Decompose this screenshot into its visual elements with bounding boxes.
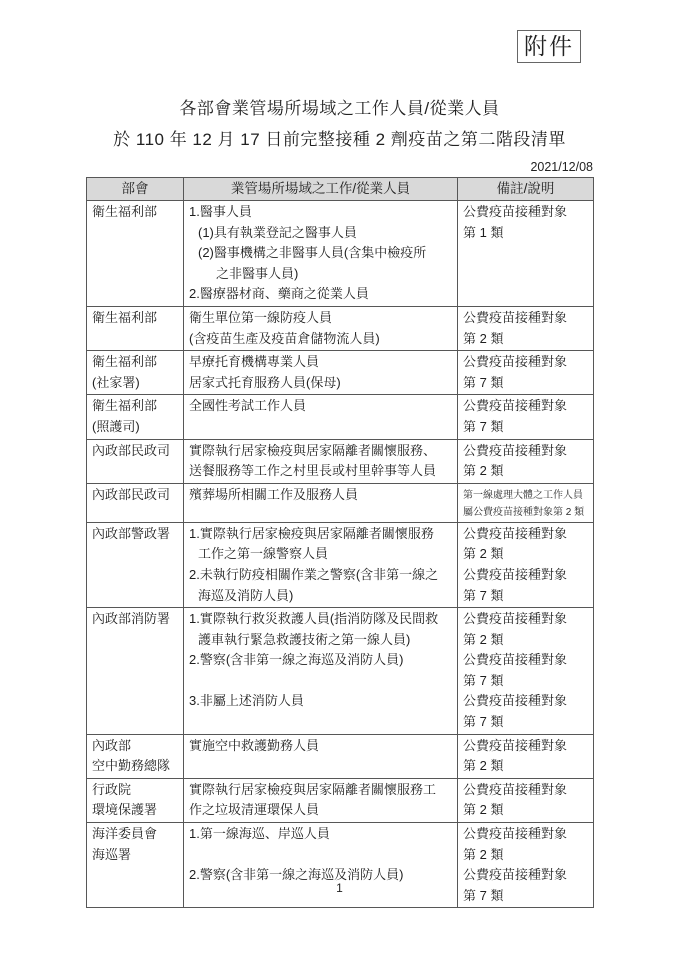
- cell-line: 衛生單位第一線防疫人員: [189, 308, 455, 329]
- ministry-cell: 內政部空中勤務總隊: [87, 734, 184, 778]
- cell-line: 海洋委員會: [92, 824, 181, 845]
- table-row: 衛生福利部衛生單位第一線防疫人員(含疫苗生產及疫苗倉儲物流人員)公費疫苗接種對象…: [87, 306, 594, 350]
- cell-line: 之非醫事人員): [189, 264, 455, 285]
- cell-line: 海巡署: [92, 845, 181, 866]
- workers-cell: 1.醫事人員(1)具有執業登記之醫事人員(2)醫事機構之非醫事人員(含集中檢疫所…: [184, 201, 458, 307]
- cell-line: 1.實際執行救災救護人員(指消防隊及民間救: [189, 609, 455, 630]
- cell-line: 第 7 類: [463, 417, 591, 438]
- remarks-cell: 公費疫苗接種對象第 2 類: [458, 734, 594, 778]
- page-number: 1: [0, 881, 679, 895]
- ministry-cell: 衛生福利部(社家署): [87, 351, 184, 395]
- remarks-cell: 公費疫苗接種對象第 7 類: [458, 351, 594, 395]
- ministry-cell: 衛生福利部: [87, 201, 184, 307]
- cell-line: 第一線處理大體之工作人員: [463, 487, 591, 504]
- ministry-cell: 內政部警政署: [87, 522, 184, 607]
- cell-line: 居家式托育服務人員(保母): [189, 373, 455, 394]
- workers-cell: 全國性考試工作人員: [184, 395, 458, 439]
- cell-line: 內政部警政署: [92, 524, 181, 545]
- cell-line: 內政部消防署: [92, 609, 181, 630]
- cell-line: 第 2 類: [463, 630, 591, 651]
- cell-line: 實際執行居家檢疫與居家隔離者關懷服務、: [189, 441, 455, 462]
- workers-cell: 1.實際執行救災救護人員(指消防隊及民間救護車執行緊急救護技術之第一線人員)2.…: [184, 608, 458, 735]
- cell-line: (含疫苗生產及疫苗倉儲物流人員): [189, 329, 455, 350]
- cell-line: 海巡及消防人員): [189, 586, 455, 607]
- cell-line: 殯葬場所相關工作及服務人員: [189, 485, 455, 506]
- cell-line: 公費疫苗接種對象: [463, 524, 591, 545]
- cell-line: 3.非屬上述消防人員: [189, 691, 455, 712]
- document-title-line2: 於 110 年 12 月 17 日前完整接種 2 劑疫苗之第二階段清單: [0, 124, 679, 155]
- col-header-remarks: 備註/說明: [458, 178, 594, 201]
- ministry-cell: 衛生福利部(照護司): [87, 395, 184, 439]
- cell-line: 2.醫療器材商、藥商之從業人員: [189, 284, 455, 305]
- cell-line: 1.醫事人員: [189, 202, 455, 223]
- cell-line: 第 7 類: [463, 671, 591, 692]
- attachment-label: 附件: [517, 30, 581, 63]
- cell-line: 公費疫苗接種對象: [463, 308, 591, 329]
- cell-line: 公費疫苗接種對象: [463, 396, 591, 417]
- cell-line: 公費疫苗接種對象: [463, 609, 591, 630]
- cell-line: 公費疫苗接種對象: [463, 780, 591, 801]
- workers-cell: 實施空中救護勤務人員: [184, 734, 458, 778]
- table-row: 衛生福利部(社家署)早療托育機構專業人員居家式托育服務人員(保母)公費疫苗接種對…: [87, 351, 594, 395]
- cell-line: 第 1 類: [463, 223, 591, 244]
- cell-line: 第 2 類: [463, 461, 591, 482]
- cell-line: 公費疫苗接種對象: [463, 441, 591, 462]
- cell-line: 公費疫苗接種對象: [463, 565, 591, 586]
- cell-line: 第 2 類: [463, 845, 591, 866]
- col-header-ministry: 部會: [87, 178, 184, 201]
- remarks-cell: 公費疫苗接種對象第 2 類: [458, 778, 594, 822]
- cell-line: 第 2 類: [463, 544, 591, 565]
- remarks-cell: 公費疫苗接種對象第 1 類: [458, 201, 594, 307]
- cell-line: (2)醫事機構之非醫事人員(含集中檢疫所: [189, 243, 455, 264]
- cell-line: 工作之第一線警察人員: [189, 544, 455, 565]
- remarks-cell: 公費疫苗接種對象第 2 類: [458, 439, 594, 483]
- cell-line: 公費疫苗接種對象: [463, 691, 591, 712]
- cell-line: (社家署): [92, 373, 181, 394]
- cell-line: 衛生福利部: [92, 352, 181, 373]
- cell-line: 1.實際執行居家檢疫與居家隔離者關懷服務: [189, 524, 455, 545]
- table-row: 行政院環境保護署實際執行居家檢疫與居家隔離者關懷服務工作之垃圾清運環保人員公費疫…: [87, 778, 594, 822]
- cell-line: 實際執行居家檢疫與居家隔離者關懷服務工: [189, 780, 455, 801]
- document-page: 附件 各部會業管場所場域之工作人員/從業人員 於 110 年 12 月 17 日…: [0, 0, 679, 960]
- ministry-cell: 內政部民政司: [87, 483, 184, 522]
- document-date: 2021/12/08: [86, 159, 593, 175]
- cell-line: 1.第一線海巡、岸巡人員: [189, 824, 455, 845]
- ministry-cell: 衛生福利部: [87, 306, 184, 350]
- table-row: 內政部民政司實際執行居家檢疫與居家隔離者關懷服務、送餐服務等工作之村里長或村里幹…: [87, 439, 594, 483]
- remarks-cell: 第一線處理大體之工作人員屬公費疫苗接種對象第 2 類: [458, 483, 594, 522]
- cell-line: 衛生福利部: [92, 202, 181, 223]
- table-row: 衛生福利部1.醫事人員(1)具有執業登記之醫事人員(2)醫事機構之非醫事人員(含…: [87, 201, 594, 307]
- remarks-cell: 公費疫苗接種對象第 2 類公費疫苗接種對象第 7 類: [458, 823, 594, 908]
- cell-line: 公費疫苗接種對象: [463, 824, 591, 845]
- col-header-workers: 業管場所場域之工作/從業人員: [184, 178, 458, 201]
- table-row: 內政部警政署1.實際執行居家檢疫與居家隔離者關懷服務工作之第一線警察人員2.未執…: [87, 522, 594, 607]
- workers-cell: 1.實際執行居家檢疫與居家隔離者關懷服務工作之第一線警察人員2.未執行防疫相關作…: [184, 522, 458, 607]
- cell-line: (照護司): [92, 417, 181, 438]
- ministry-cell: 海洋委員會海巡署: [87, 823, 184, 908]
- cell-line: 行政院: [92, 780, 181, 801]
- cell-line: 2.未執行防疫相關作業之警察(含非第一線之: [189, 565, 455, 586]
- document-title-line1: 各部會業管場所場域之工作人員/從業人員: [0, 93, 679, 124]
- cell-line: 內政部民政司: [92, 441, 181, 462]
- cell-line: 空中勤務總隊: [92, 756, 181, 777]
- workers-cell: 1.第一線海巡、岸巡人員 2.警察(含非第一線之海巡及消防人員): [184, 823, 458, 908]
- cell-line: 衛生福利部: [92, 396, 181, 417]
- table-row: 衛生福利部(照護司)全國性考試工作人員 公費疫苗接種對象第 7 類: [87, 395, 594, 439]
- cell-line: 公費疫苗接種對象: [463, 352, 591, 373]
- cell-line: [189, 417, 455, 438]
- table-row: 內政部空中勤務總隊實施空中救護勤務人員公費疫苗接種對象第 2 類: [87, 734, 594, 778]
- table-body: 衛生福利部1.醫事人員(1)具有執業登記之醫事人員(2)醫事機構之非醫事人員(含…: [87, 201, 594, 908]
- cell-line: 環境保護署: [92, 800, 181, 821]
- cell-line: 第 2 類: [463, 756, 591, 777]
- document-title: 各部會業管場所場域之工作人員/從業人員 於 110 年 12 月 17 日前完整…: [0, 0, 679, 155]
- workers-cell: 殯葬場所相關工作及服務人員: [184, 483, 458, 522]
- cell-line: [189, 845, 455, 866]
- cell-line: 實施空中救護勤務人員: [189, 736, 455, 757]
- vaccination-phase2-table: 部會 業管場所場域之工作/從業人員 備註/說明 衛生福利部1.醫事人員(1)具有…: [86, 177, 594, 908]
- table-header-row: 部會 業管場所場域之工作/從業人員 備註/說明: [87, 178, 594, 201]
- cell-line: 公費疫苗接種對象: [463, 202, 591, 223]
- cell-line: [189, 671, 455, 692]
- ministry-cell: 內政部消防署: [87, 608, 184, 735]
- workers-cell: 實際執行居家檢疫與居家隔離者關懷服務工作之垃圾清運環保人員: [184, 778, 458, 822]
- cell-line: 第 2 類: [463, 329, 591, 350]
- cell-line: 公費疫苗接種對象: [463, 736, 591, 757]
- table-row: 內政部民政司殯葬場所相關工作及服務人員第一線處理大體之工作人員屬公費疫苗接種對象…: [87, 483, 594, 522]
- remarks-cell: 公費疫苗接種對象第 7 類: [458, 395, 594, 439]
- cell-line: 送餐服務等工作之村里長或村里幹事等人員: [189, 461, 455, 482]
- table-row: 海洋委員會海巡署1.第一線海巡、岸巡人員 2.警察(含非第一線之海巡及消防人員)…: [87, 823, 594, 908]
- cell-line: 內政部民政司: [92, 485, 181, 506]
- table-row: 內政部消防署1.實際執行救災救護人員(指消防隊及民間救護車執行緊急救護技術之第一…: [87, 608, 594, 735]
- workers-cell: 早療托育機構專業人員居家式托育服務人員(保母): [184, 351, 458, 395]
- cell-line: 衛生福利部: [92, 308, 181, 329]
- cell-line: 第 7 類: [463, 373, 591, 394]
- cell-line: 屬公費疫苗接種對象第 2 類: [463, 504, 591, 521]
- cell-line: 早療托育機構專業人員: [189, 352, 455, 373]
- cell-line: 護車執行緊急救護技術之第一線人員): [189, 630, 455, 651]
- remarks-cell: 公費疫苗接種對象第 2 類公費疫苗接種對象第 7 類公費疫苗接種對象第 7 類: [458, 608, 594, 735]
- cell-line: 第 2 類: [463, 800, 591, 821]
- cell-line: 第 7 類: [463, 586, 591, 607]
- cell-line: 2.警察(含非第一線之海巡及消防人員): [189, 650, 455, 671]
- workers-cell: 衛生單位第一線防疫人員(含疫苗生產及疫苗倉儲物流人員): [184, 306, 458, 350]
- workers-cell: 實際執行居家檢疫與居家隔離者關懷服務、送餐服務等工作之村里長或村里幹事等人員: [184, 439, 458, 483]
- remarks-cell: 公費疫苗接種對象第 2 類: [458, 306, 594, 350]
- cell-line: 公費疫苗接種對象: [463, 650, 591, 671]
- cell-line: 第 7 類: [463, 712, 591, 733]
- ministry-cell: 行政院環境保護署: [87, 778, 184, 822]
- cell-line: 全國性考試工作人員: [189, 396, 455, 417]
- cell-line: 內政部: [92, 736, 181, 757]
- cell-line: (1)具有執業登記之醫事人員: [189, 223, 455, 244]
- ministry-cell: 內政部民政司: [87, 439, 184, 483]
- remarks-cell: 公費疫苗接種對象第 2 類公費疫苗接種對象第 7 類: [458, 522, 594, 607]
- cell-line: 作之垃圾清運環保人員: [189, 800, 455, 821]
